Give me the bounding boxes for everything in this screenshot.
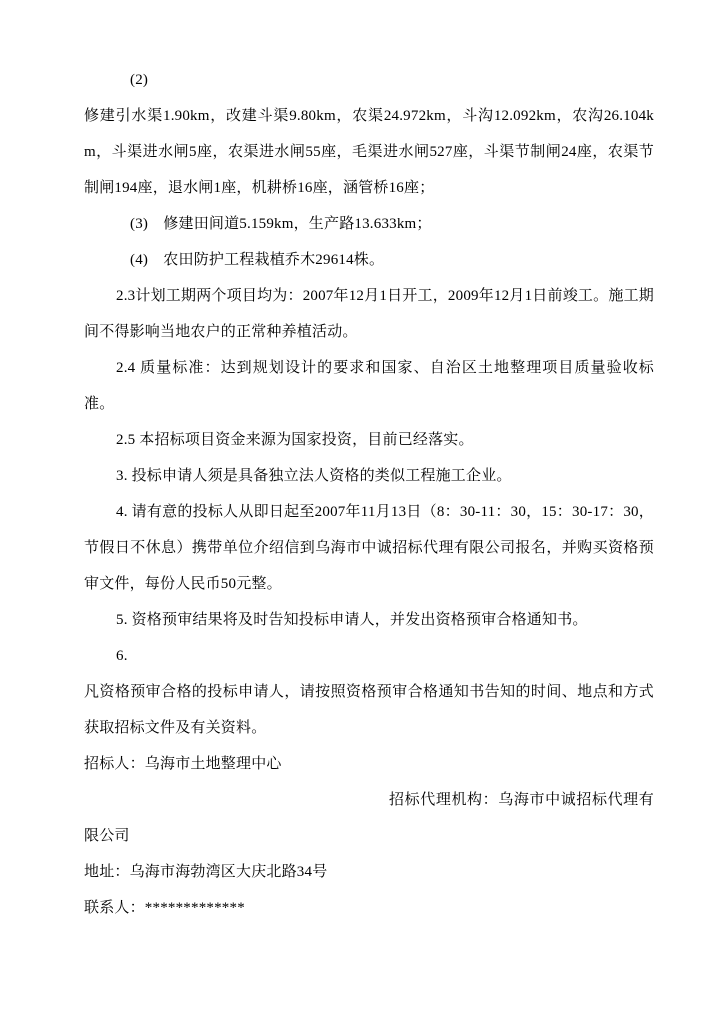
clause-6-body: 凡资格预审合格的投标申请人，请按照资格预审合格通知书告知的时间、地点和方式获取招… bbox=[84, 674, 654, 746]
clause-2-4: 2.4 质量标准：达到规划设计的要求和国家、自治区土地整理项目质量验收标准。 bbox=[84, 350, 654, 422]
clause-4: 4. 请有意的投标人从即日起至2007年11月13日（8：30-11：30，15… bbox=[84, 494, 654, 602]
clause-2-3: 2.3计划工期两个项目均为：2007年12月1日开工，2009年12月1日前竣工… bbox=[84, 278, 654, 350]
list-item-4: (4) 农田防护工程栽植乔木29614株。 bbox=[84, 242, 654, 278]
signature-contact: 联系人：************* bbox=[84, 890, 654, 926]
list-item-2-body: 修建引水渠1.90km，改建斗渠9.80km，农渠24.972km，斗沟12.0… bbox=[84, 98, 654, 206]
document-page: (2) 修建引水渠1.90km，改建斗渠9.80km，农渠24.972km，斗沟… bbox=[0, 0, 726, 1026]
signature-tenderer: 招标人：乌海市土地整理中心 bbox=[84, 746, 654, 782]
clause-3: 3. 投标申请人须是具备独立法人资格的类似工程施工企业。 bbox=[84, 458, 654, 494]
list-item-3: (3) 修建田间道5.159km，生产路13.633km； bbox=[84, 206, 654, 242]
clause-5: 5. 资格预审结果将及时告知投标申请人，并发出资格预审合格通知书。 bbox=[84, 602, 654, 638]
clause-2-5: 2.5 本招标项目资金来源为国家投资，目前已经落实。 bbox=[84, 422, 654, 458]
signature-address: 地址：乌海市海勃湾区大庆北路34号 bbox=[84, 854, 654, 890]
list-item-2-marker: (2) bbox=[84, 62, 654, 98]
clause-6-marker: 6. bbox=[84, 638, 654, 674]
signature-agency: 招标代理机构：乌海市中诚招标代理有限公司 bbox=[84, 782, 654, 854]
